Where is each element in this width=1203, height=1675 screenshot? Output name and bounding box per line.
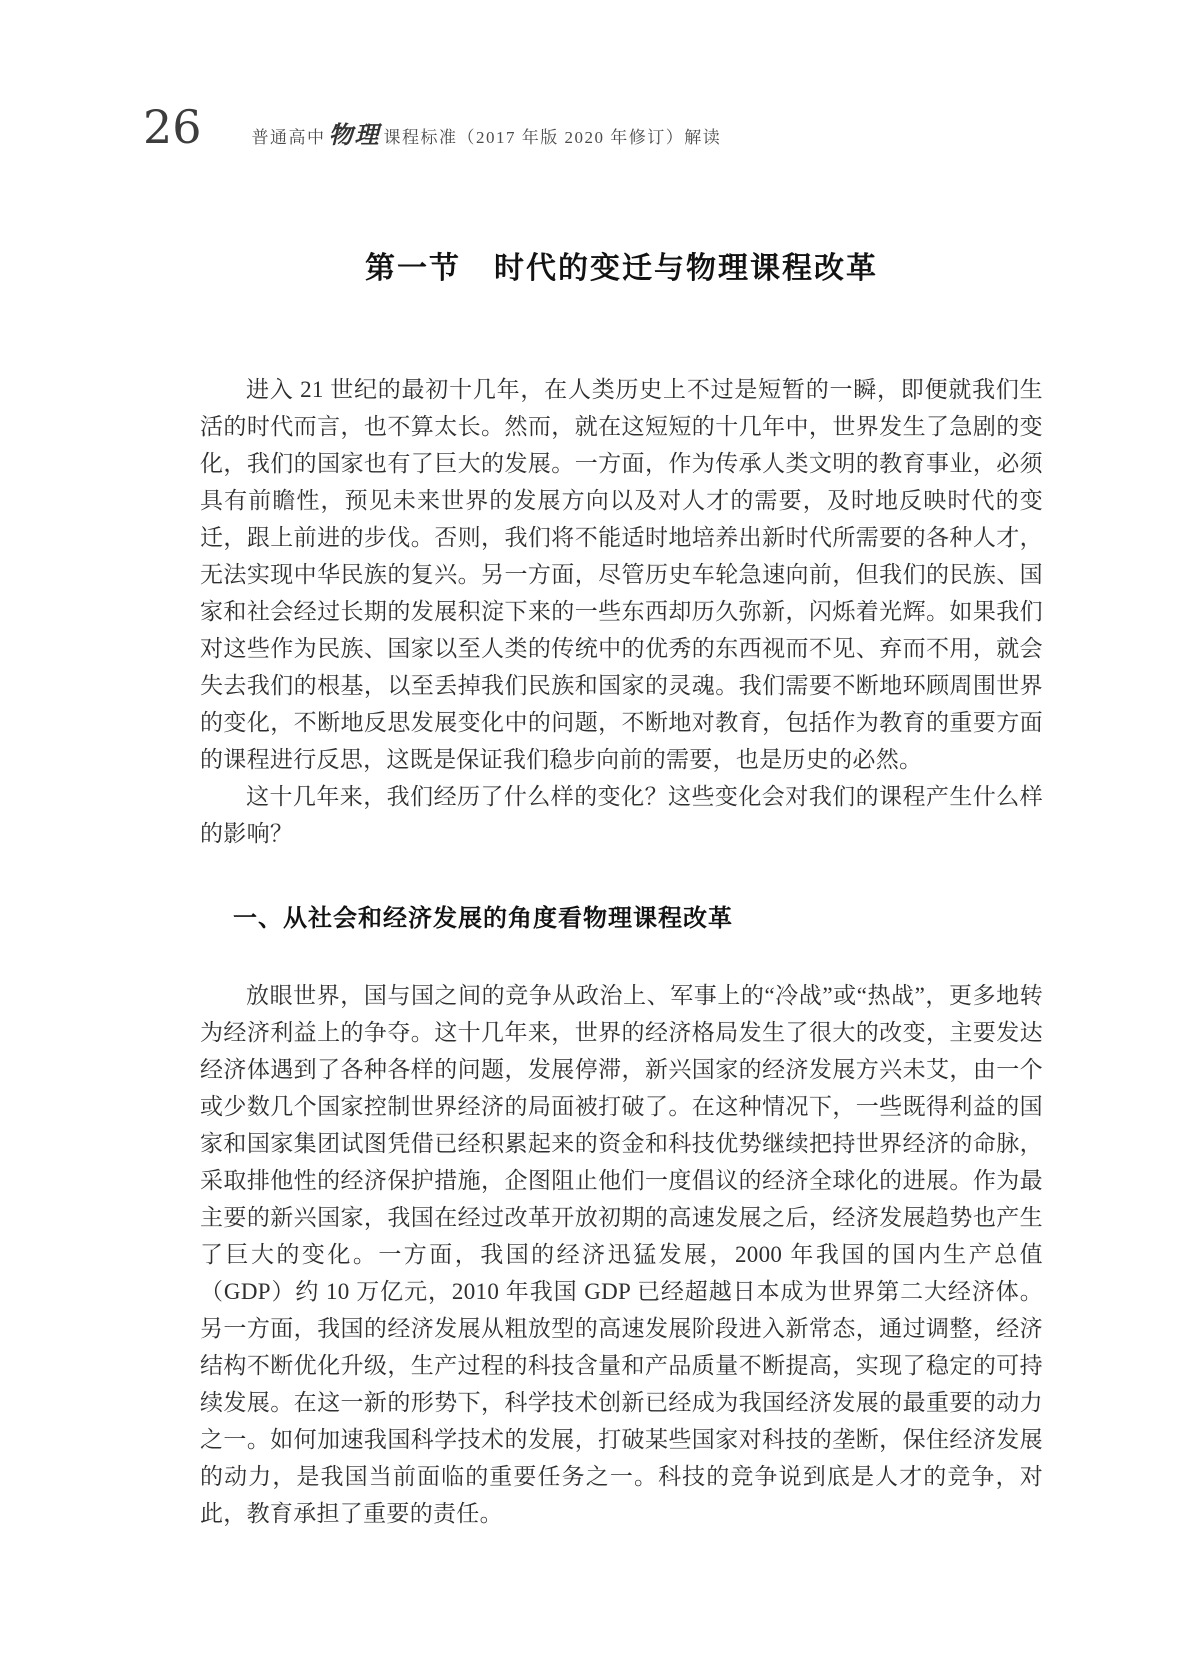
page-number: 26 (143, 104, 202, 150)
series-prefix: 普通高中 (252, 128, 326, 147)
subject-script-word: 物理 (329, 123, 381, 149)
section-title: 第一节时代的变迁与物理课程改革 (200, 243, 1043, 287)
page-body: 第一节时代的变迁与物理课程改革 进入 21 世纪的最初十几年，在人类历史上不过是… (200, 243, 1043, 1532)
book-page: 26 普通高中物理课程标准（2017 年版 2020 年修订）解读 第一节时代的… (0, 0, 1203, 1675)
paragraph-3: 放眼世界，国与国之间的竞争从政治上、军事上的“冷战”或“热战”，更多地转为经济利… (200, 977, 1043, 1532)
page-header: 26 普通高中物理课程标准（2017 年版 2020 年修订）解读 (143, 104, 721, 150)
section-title-text: 时代的变迁与物理课程改革 (494, 252, 878, 285)
series-suffix: 课程标准（2017 年版 2020 年修订）解读 (384, 128, 722, 147)
section-label: 第一节 (365, 252, 461, 285)
paragraph-2: 这十几年来，我们经历了什么样的变化？这些变化会对我们的课程产生什么样的影响？ (200, 778, 1043, 852)
running-header-title: 普通高中物理课程标准（2017 年版 2020 年修订）解读 (252, 115, 722, 150)
subsection-heading: 一、从社会和经济发展的角度看物理课程改革 (200, 898, 1043, 933)
paragraph-1: 进入 21 世纪的最初十几年，在人类历史上不过是短暂的一瞬，即便就我们生活的时代… (200, 371, 1043, 778)
